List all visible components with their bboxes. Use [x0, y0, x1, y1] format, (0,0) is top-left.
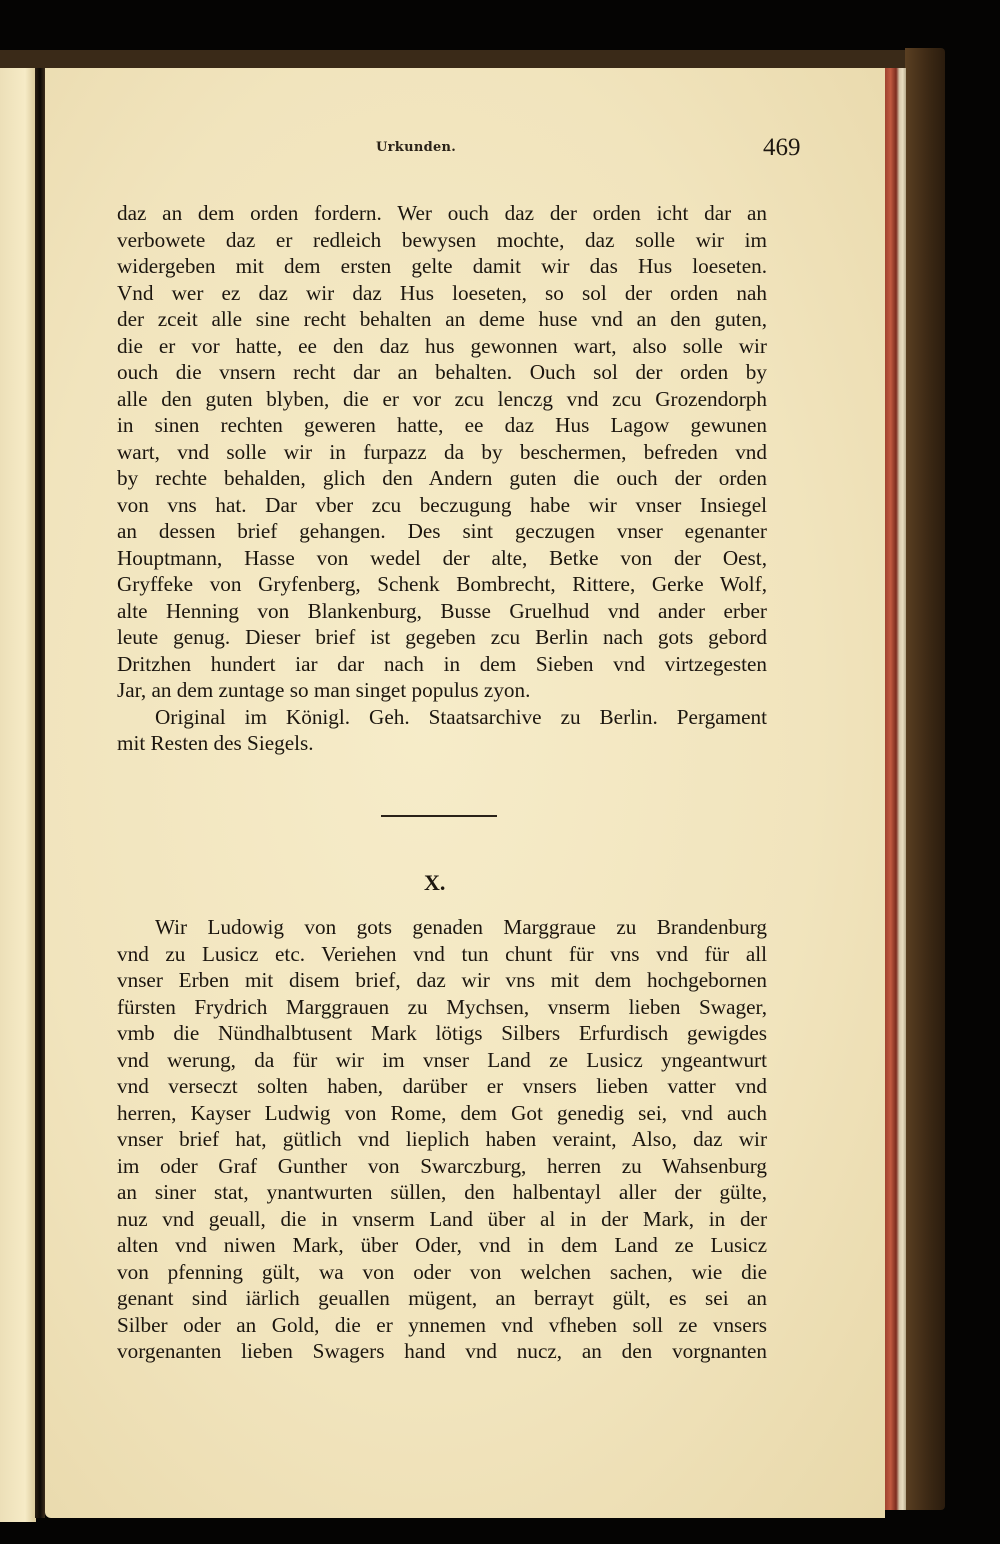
section-divider — [381, 815, 497, 817]
text-line: vnd zu Lusicz etc. Veriehen vnd tun chun… — [117, 941, 767, 968]
text-line: Wir Ludowig von gots genaden Marggraue z… — [117, 914, 767, 941]
book-cover-edge — [905, 48, 945, 1510]
text-line: Gryffeke von Gryfenberg, Schenk Bombrech… — [117, 571, 767, 598]
text-line: vorgenanten lieben Swagers hand vnd nucz… — [117, 1338, 767, 1365]
text-line: wart, vnd solle wir in furpazz da by bes… — [117, 439, 767, 466]
text-line: vmb die Nündhalbtusent Mark lötigs Silbe… — [117, 1020, 767, 1047]
text-line: alte Henning von Blankenburg, Busse Grue… — [117, 598, 767, 625]
text-line: verbowete daz er redleich bewysen mochte… — [117, 227, 767, 254]
text-line: widergeben mit dem ersten gelte damit wi… — [117, 253, 767, 280]
text-line: der zceit alle sine recht behalten an de… — [117, 306, 767, 333]
text-line: Vnd wer ez daz wir daz Hus loeseten, so … — [117, 280, 767, 307]
text-line: fürsten Frydrich Marggrauen zu Mychsen, … — [117, 994, 767, 1021]
page-block-edge — [884, 68, 906, 1510]
top-binding — [0, 50, 905, 68]
document-x-text: Wir Ludowig von gots genaden Marggraue z… — [117, 914, 767, 1365]
text-line: vnd verseczt solten haben, darüber er vn… — [117, 1073, 767, 1100]
text-line: Silber oder an Gold, die er ynnemen vnd … — [117, 1312, 767, 1339]
text-line: by rechte behalden, glich den Andern gut… — [117, 465, 767, 492]
book-gutter — [35, 66, 45, 1518]
text-line: Dritzhen hundert iar dar nach in dem Sie… — [117, 651, 767, 678]
text-line: herren, Kayser Ludwig von Rome, dem Got … — [117, 1100, 767, 1127]
text-line: die er vor hatte, ee den daz hus gewonne… — [117, 333, 767, 360]
text-line: vnd werung, da für wir im vnser Land ze … — [117, 1047, 767, 1074]
text-line: leute genug. Dieser brief ist gegeben zc… — [117, 624, 767, 651]
source-note-line: Original im Königl. Geh. Staatsarchive z… — [117, 704, 767, 731]
text-line: alle den guten blyben, die er vor zcu le… — [117, 386, 767, 413]
text-line: an siner stat, ynantwurten süllen, den h… — [117, 1179, 767, 1206]
section-heading: X. — [424, 870, 445, 896]
text-line: im oder Graf Gunther von Swarczburg, her… — [117, 1153, 767, 1180]
text-line: alten vnd niwen Mark, über Oder, vnd in … — [117, 1232, 767, 1259]
text-line: in sinen rechten geweren hatte, ee daz H… — [117, 412, 767, 439]
text-line: nuz vnd geuall, die in vnserm Land über … — [117, 1206, 767, 1233]
running-title: Urkunden. — [376, 140, 456, 155]
previous-document-text: daz an dem orden fordern. Wer ouch daz d… — [117, 200, 767, 757]
text-line: Jar, an dem zuntage so man singet populu… — [117, 677, 767, 704]
text-line: ouch die vnsern recht dar an behalten. O… — [117, 359, 767, 386]
text-line: von vns hat. Dar vber zcu beczugung habe… — [117, 492, 767, 519]
facing-page-edge — [0, 66, 36, 1522]
text-line: an dessen brief gehangen. Des sint geczu… — [117, 518, 767, 545]
text-line: Houptmann, Hasse von wedel der alte, Bet… — [117, 545, 767, 572]
text-line: genant sind iärlich geuallen mügent, an … — [117, 1285, 767, 1312]
text-line: vnser Erben mit disem brief, daz wir vns… — [117, 967, 767, 994]
page-number: 469 — [763, 134, 801, 162]
source-note-line: mit Resten des Siegels. — [117, 730, 767, 757]
text-line: daz an dem orden fordern. Wer ouch daz d… — [117, 200, 767, 227]
text-line: von pfenning gült, wa von oder von welch… — [117, 1259, 767, 1286]
text-line: vnser brief hat, gütlich vnd lieplich ha… — [117, 1126, 767, 1153]
